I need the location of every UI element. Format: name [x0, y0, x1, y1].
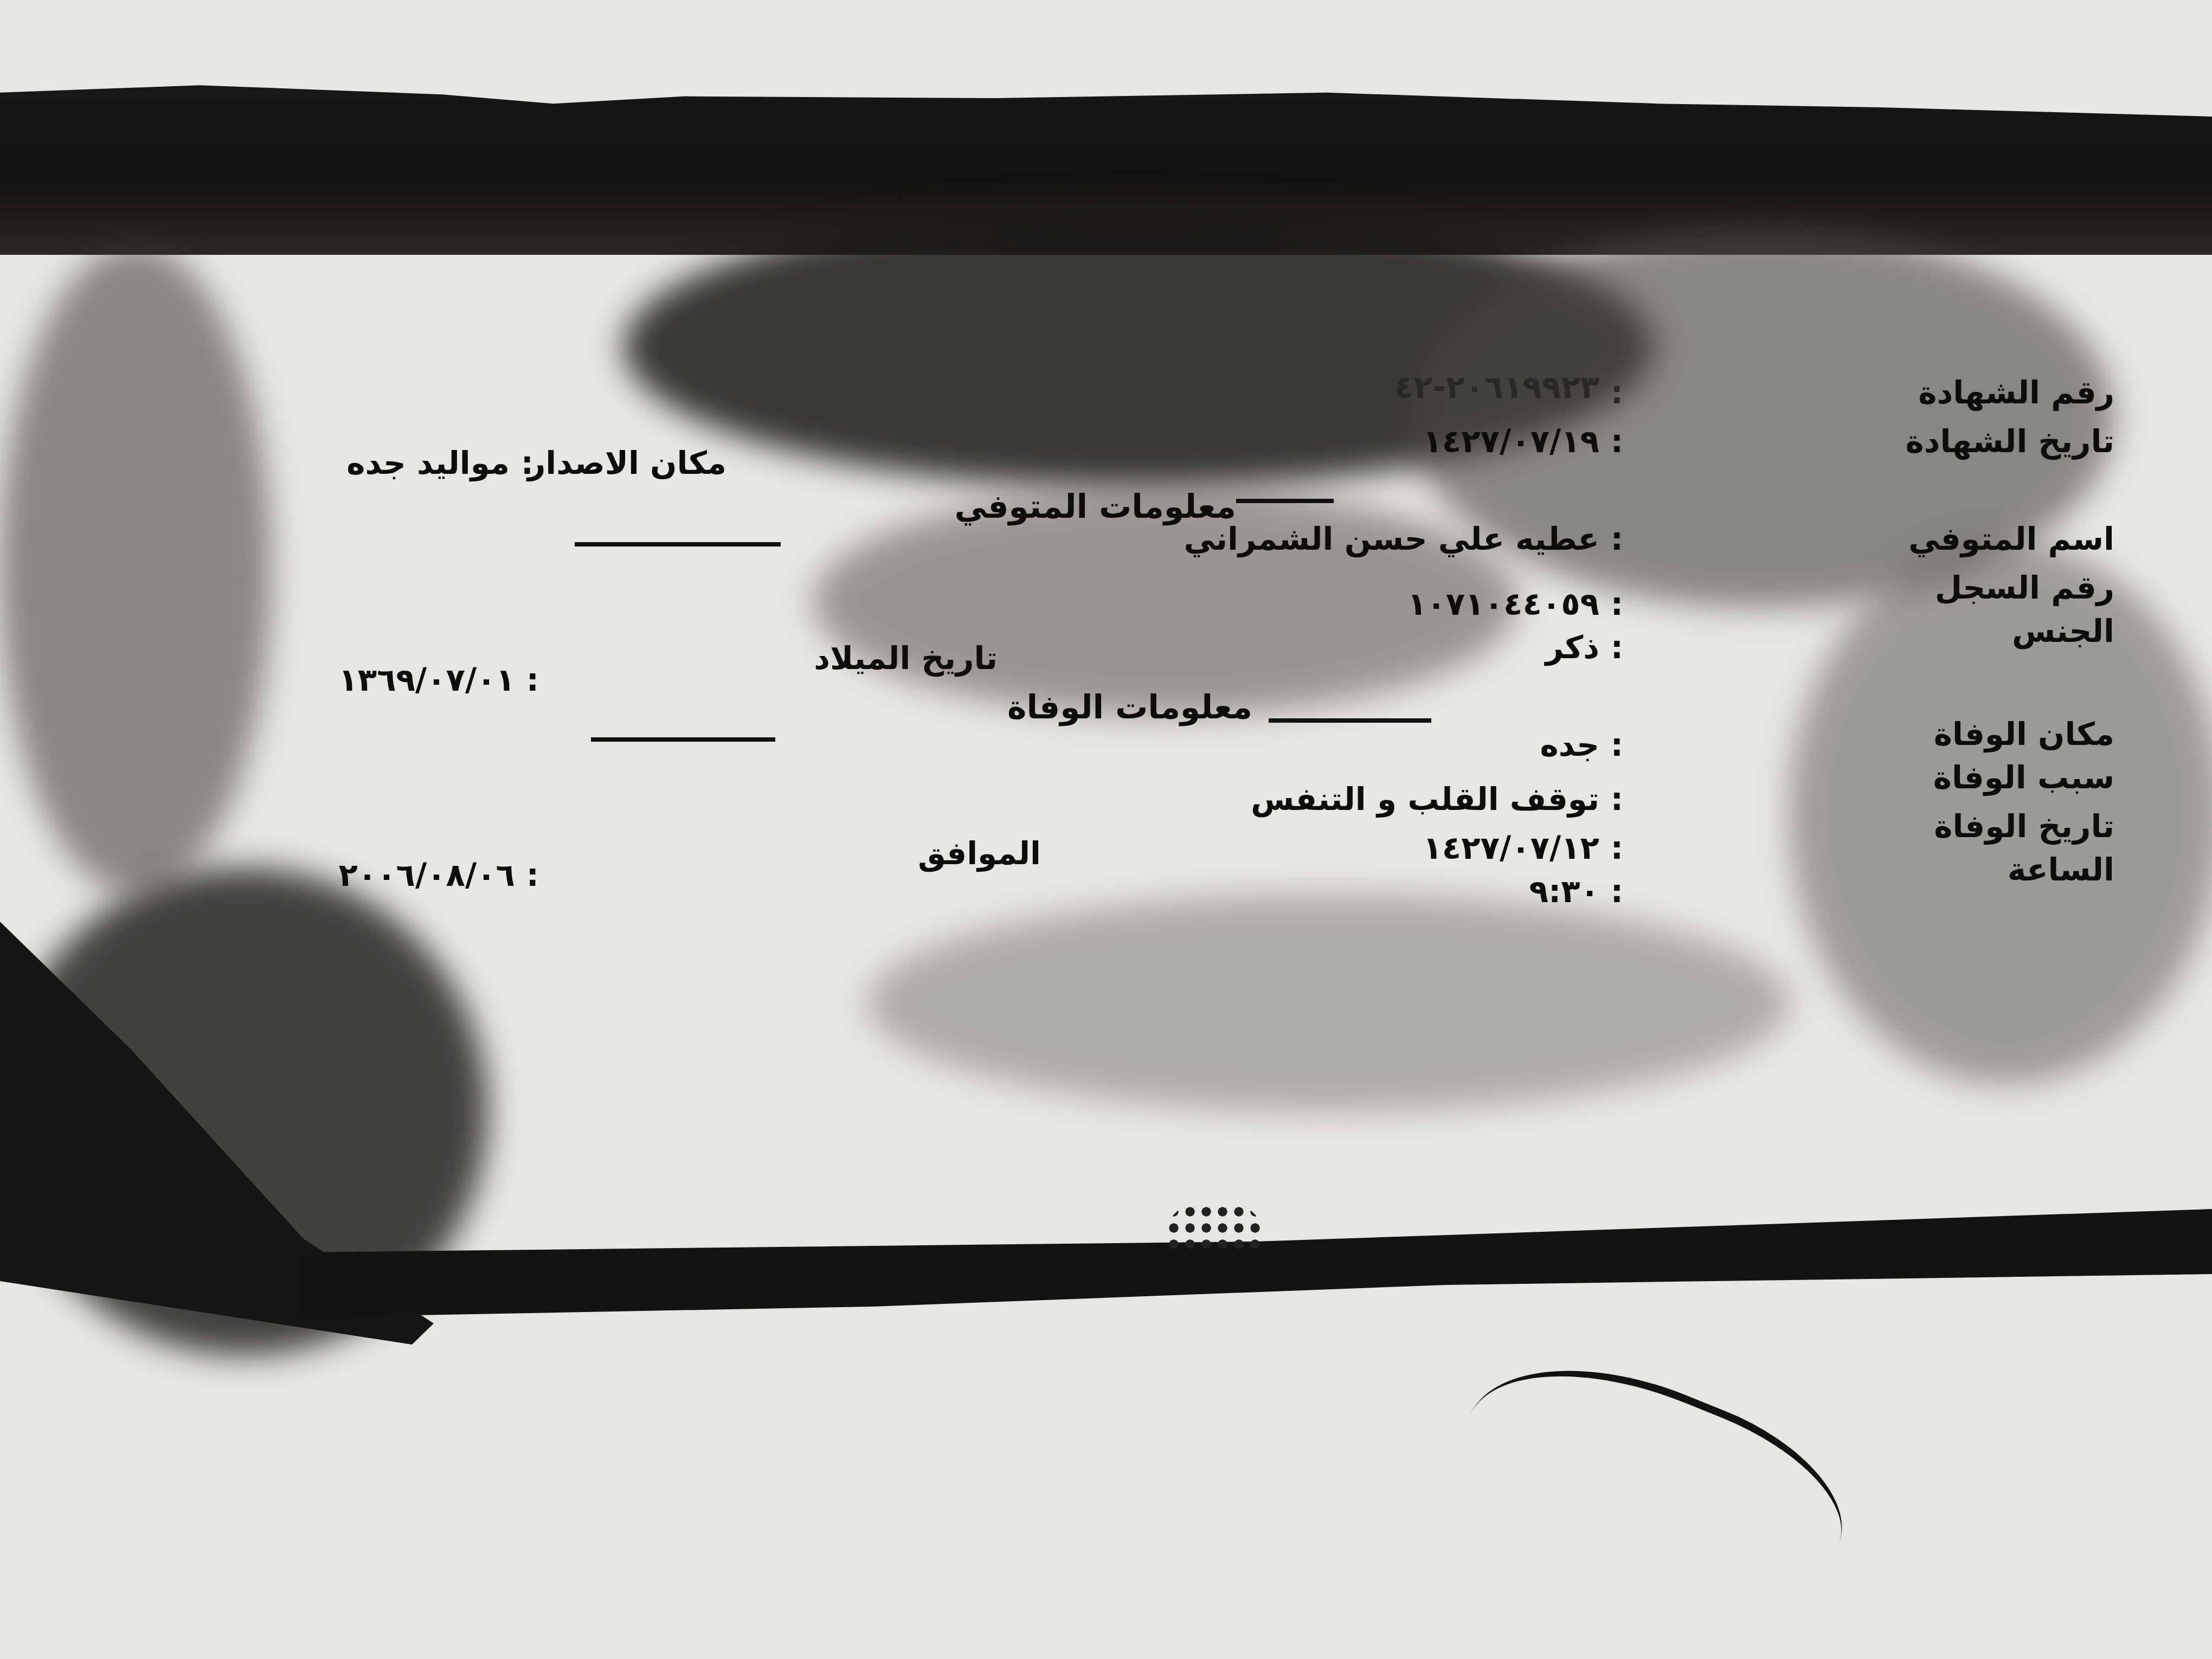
death-cause-sep: : — [1611, 781, 1626, 818]
record-number-value: ١٠٧١٠٤٤٠٥٩ — [1407, 586, 1599, 622]
issue-place-label: مكان الاصدار — [528, 445, 726, 481]
death-place-value: جده — [1540, 726, 1599, 763]
heading-rule-right — [1269, 718, 1431, 723]
heading-rule-right — [1236, 499, 1334, 503]
deceased-name-value: عطيه علي حسن الشمراني — [1184, 520, 1599, 557]
certificate-date-sep: : — [1611, 423, 1626, 460]
certificate-date-label: تاريخ الشهادة — [1906, 423, 2114, 460]
toner-smudge — [0, 244, 271, 895]
ornament-icon — [1166, 1204, 1263, 1252]
death-time-label: الساعة — [2008, 851, 2114, 888]
death-place-label: مكان الوفاة — [1934, 716, 2114, 753]
birth-date-label: تاريخ الميلاد — [814, 640, 998, 677]
gregorian-date-value: ٢٠٠٦/٠٨/٠٦ — [338, 857, 515, 893]
death-date-value: ١٤٢٧/٠٧/١٢ — [1423, 829, 1599, 866]
toner-smudge — [867, 895, 1789, 1111]
heading-rule-left — [575, 542, 781, 546]
death-date-label: تاريخ الوفاة — [1934, 808, 2114, 845]
certificate-number-sep: : — [1611, 374, 1626, 411]
death-cause-label: سبب الوفاة — [1933, 759, 2114, 796]
death-time-sep: : — [1611, 873, 1626, 910]
birth-date-sep: : — [526, 661, 542, 698]
gender-sep: : — [1611, 629, 1626, 666]
death-date-sep: : — [1611, 829, 1626, 866]
certificate-number-label: رقم الشهادة — [1918, 374, 2114, 411]
photocopy-streak — [1431, 1323, 1869, 1657]
gregorian-date-sep: : — [526, 857, 542, 893]
record-number-sep: : — [1611, 586, 1626, 622]
death-section-heading: معلومات الوفاة — [1007, 689, 1252, 726]
deceased-name-label: اسم المتوفي — [1908, 520, 2114, 557]
death-place-sep: : — [1611, 726, 1626, 763]
gender-label: الجنس — [2012, 613, 2114, 650]
heading-rule-left — [591, 737, 775, 742]
issue-place-sep: : — [521, 445, 537, 481]
record-number-label: رقم السجل — [1935, 569, 2114, 606]
gregorian-date-label: الموافق — [918, 835, 1041, 872]
certificate-number-value: ٢٠٦١٩٩٢٣-٤٢ — [1394, 369, 1599, 406]
gender-value: ذكر — [1545, 629, 1599, 666]
deceased-name-sep: : — [1611, 520, 1626, 557]
certificate-date-value: ١٤٢٧/٠٧/١٩ — [1423, 423, 1599, 460]
issue-place-value: مواليد جده — [346, 445, 510, 481]
birth-date-value: ١٣٦٩/٠٧/٠١ — [338, 661, 515, 698]
death-time-value: ٩:٣٠ — [1529, 873, 1599, 910]
death-cause-value: توقف القلب و التنفس — [1251, 781, 1599, 818]
